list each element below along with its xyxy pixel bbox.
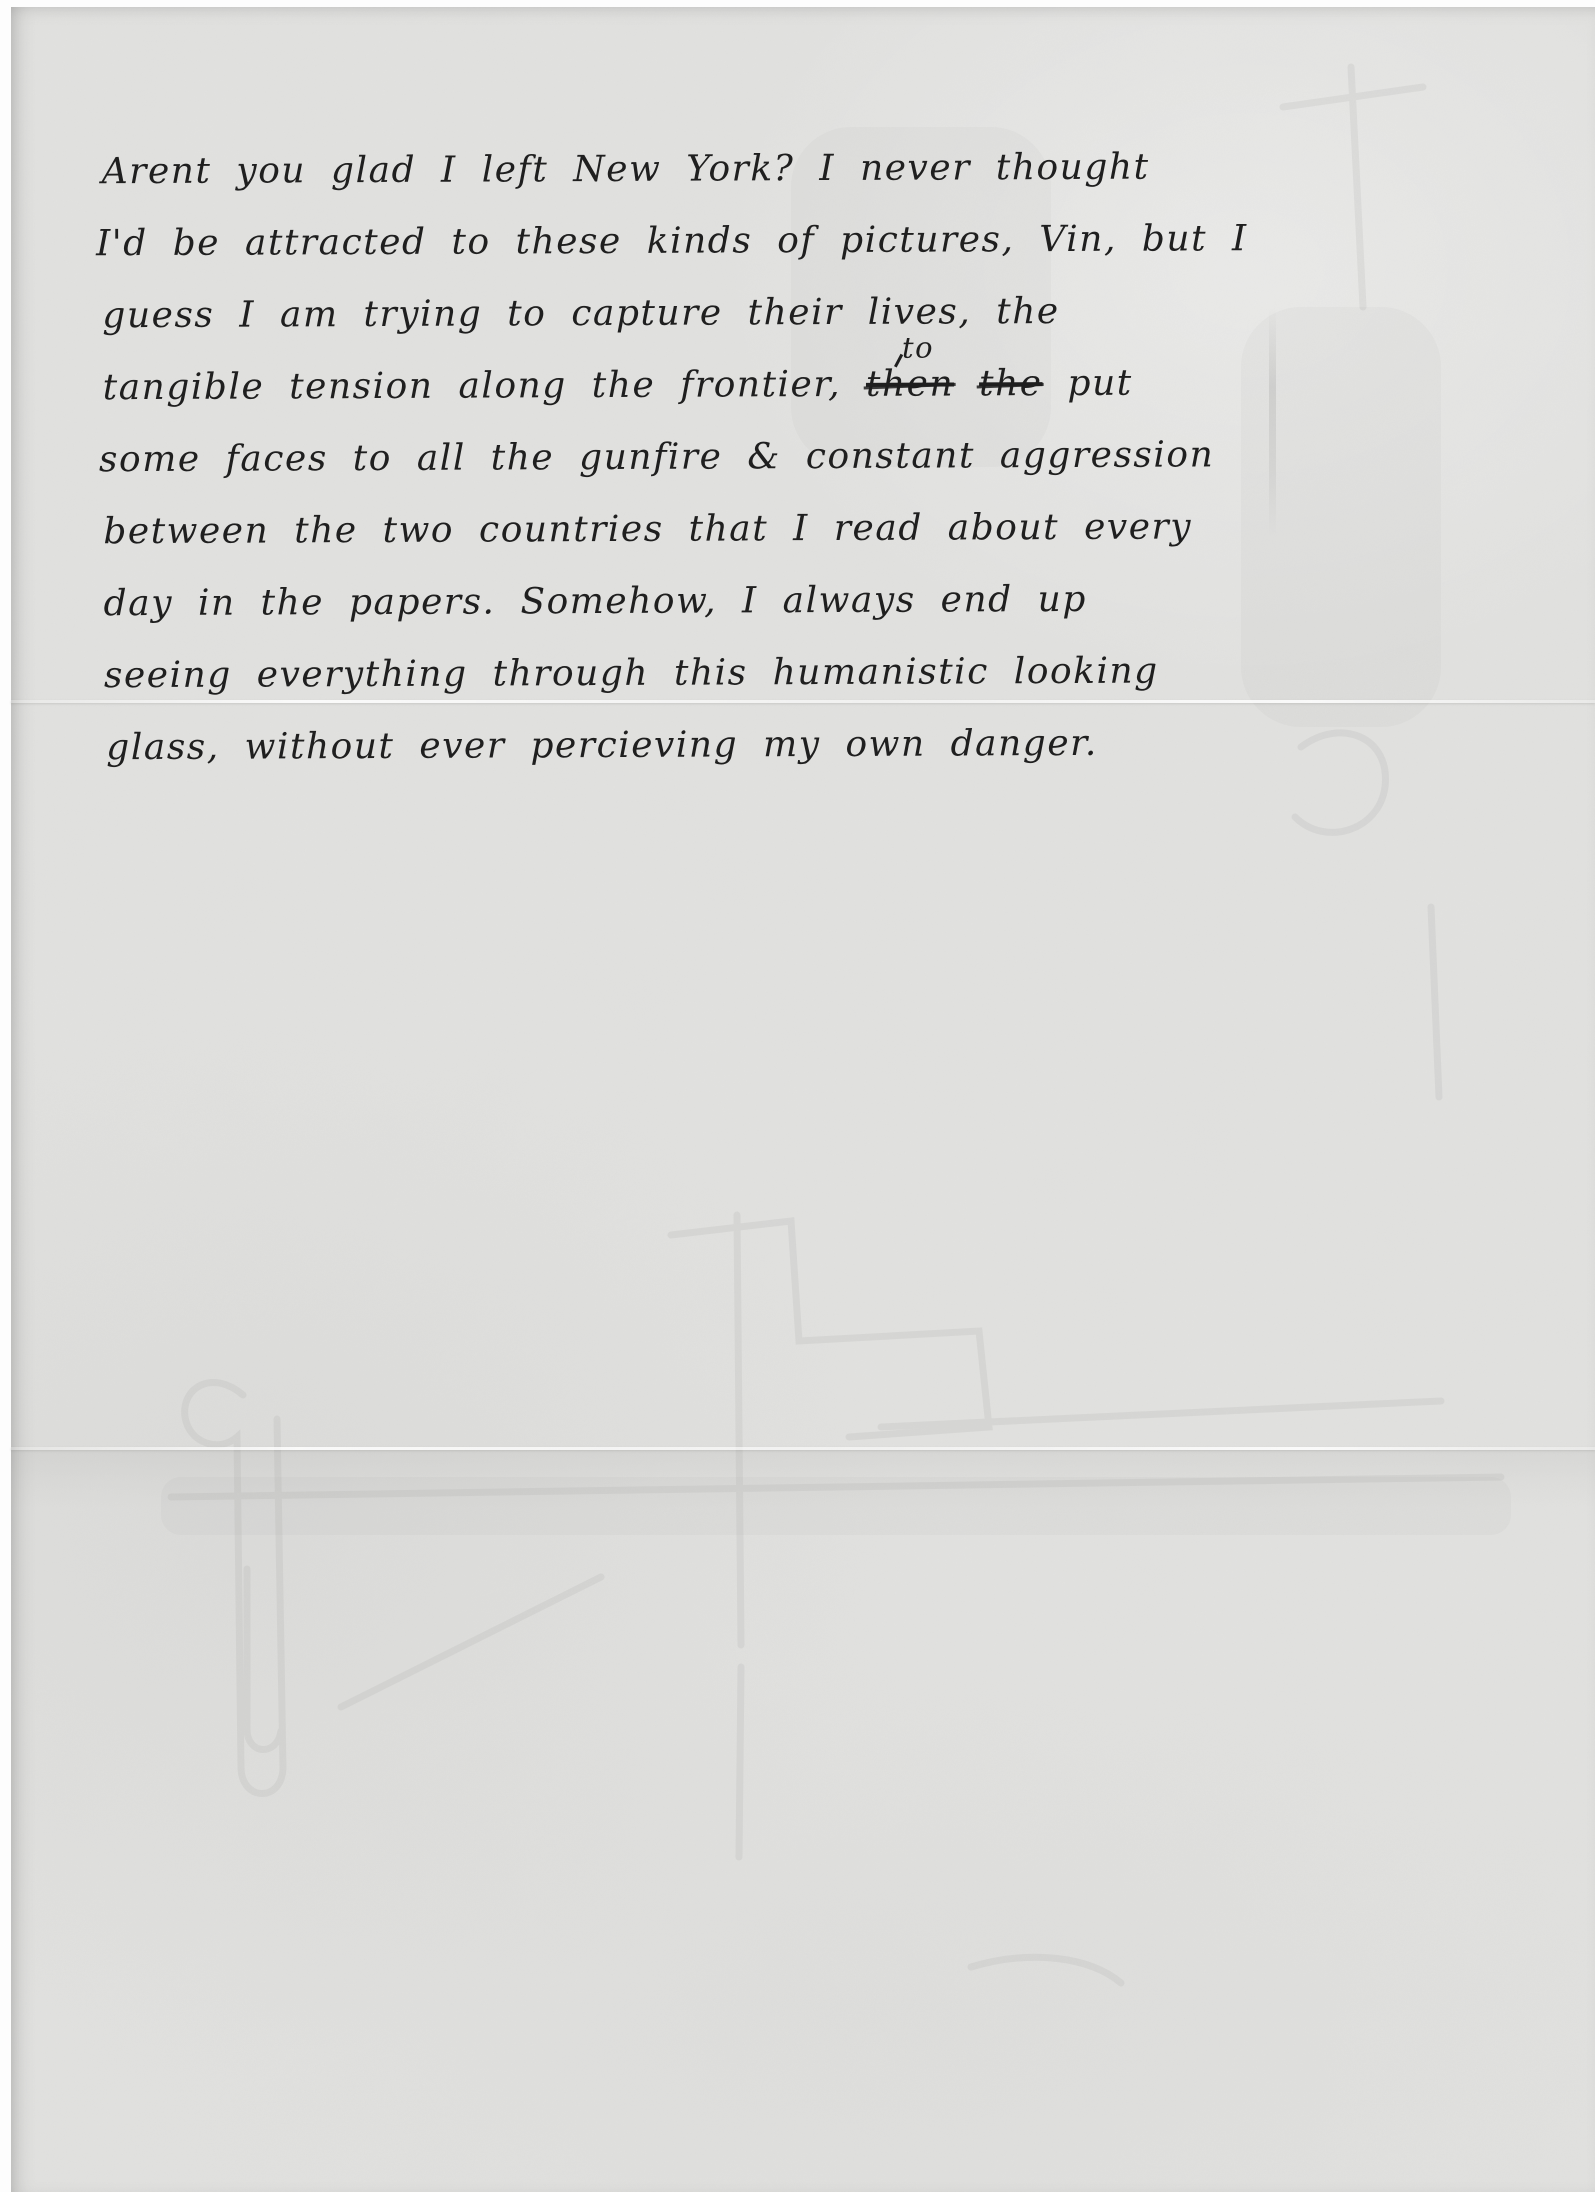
handwriting-line-1: Arent you glad I left New York? I never … [102, 130, 1564, 208]
line-9-text: glass, without ever percieving my own da… [106, 723, 1098, 768]
line-2-text: I'd be attracted to these kinds of pictu… [96, 218, 1248, 264]
line-4-post: put [1067, 363, 1132, 404]
line-4-inserted-word: to [902, 334, 934, 363]
line-5-text: some faces to all the gunfire & constant… [99, 434, 1214, 480]
handwriting-line-5: some faces to all the gunfire & constant… [99, 418, 1565, 496]
handwriting-line-6: between the two countries that I read ab… [103, 490, 1565, 568]
letter-page: Arent you glad I left New York? I never … [11, 7, 1595, 2192]
line-3-text: guess I am trying to capture their lives… [102, 291, 1059, 336]
handwriting-line-3: guess I am trying to capture their lives… [102, 274, 1564, 352]
line-8-text: seeing everything through this humanisti… [104, 651, 1159, 697]
line-1-text: Arent you glad I left New York? I never … [102, 147, 1150, 193]
fold-crease-bottom [11, 1447, 1595, 1508]
handwriting-line-9: glass, without ever percieving my own da… [106, 706, 1566, 784]
line-4-pre: tangible tension along the frontier, [103, 364, 841, 408]
scan-background: Arent you glad I left New York? I never … [0, 0, 1595, 2192]
fold-crease-smudge [11, 1450, 1595, 1508]
handwriting-line-2: I'd be attracted to these kinds of pictu… [96, 202, 1564, 280]
handwriting-line-8: seeing everything through this humanisti… [104, 634, 1566, 712]
handwriting-line-7: day in the papers. Somehow, I always end… [103, 562, 1565, 640]
line-6-text: between the two countries that I read ab… [103, 506, 1192, 552]
line-7-text: day in the papers. Somehow, I always end… [104, 579, 1087, 624]
fold-crease-bottom-line [11, 1447, 1595, 1450]
handwriting-block: Arent you glad I left New York? I never … [102, 130, 1567, 784]
line-4-struck-word-2: the [979, 363, 1043, 404]
handwriting-line-4: tangible tension along the frontier, the… [103, 346, 1565, 424]
